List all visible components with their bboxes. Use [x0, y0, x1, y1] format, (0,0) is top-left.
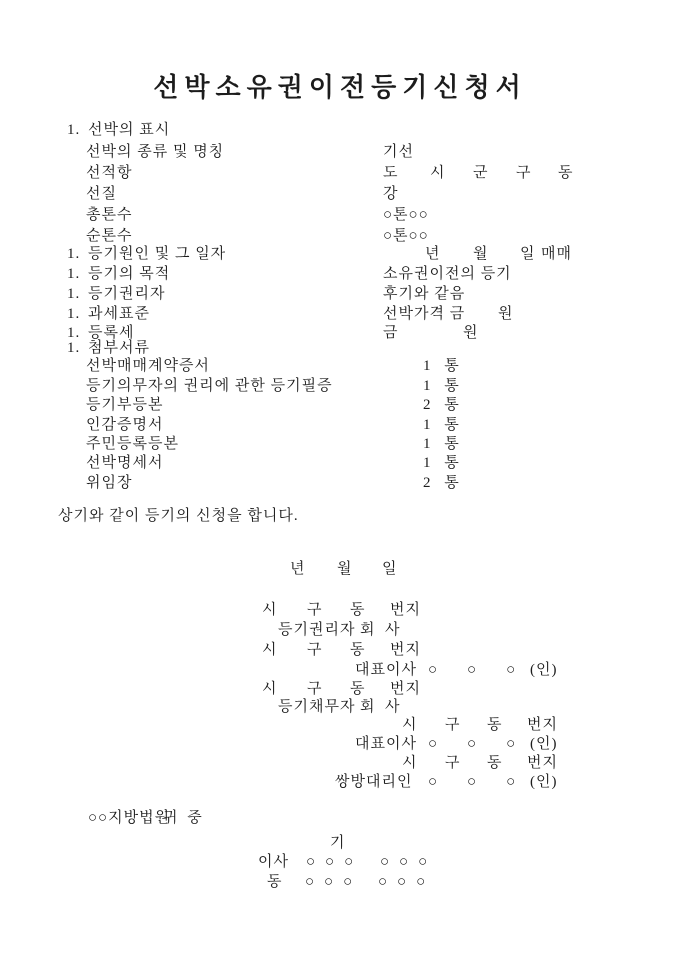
cause-month: 월 [473, 246, 489, 263]
address-bunji: 번지 [527, 717, 558, 734]
document-title: 선박소유권이전등기신청서 [153, 74, 526, 103]
representative-label: 대표이사 [355, 662, 417, 679]
representative-label: 대표이사 [355, 736, 417, 753]
address-si: 시 [402, 755, 418, 772]
attachment-count: 1 통 [423, 436, 460, 453]
item-number: 1. [67, 246, 80, 263]
date-day: 일 [382, 561, 398, 578]
company-sa: 사 [385, 699, 401, 716]
address-gu: 구 [445, 755, 461, 772]
item-number: 1. [67, 266, 80, 283]
name-placeholder: ○○○ [306, 854, 363, 871]
port-dong: 동 [558, 165, 574, 182]
address-dong: 동 [350, 681, 366, 698]
item-number: 1. [67, 286, 80, 303]
seal-mark: (인) [530, 774, 557, 791]
hull-value: 강 [383, 186, 399, 203]
seal-mark: (인) [530, 662, 557, 679]
name-placeholder-circles: ○○○ [428, 662, 545, 679]
ship-type-label: 선박의 종류 및 명칭 [86, 144, 224, 161]
hull-label: 선질 [86, 186, 117, 203]
attachment-label: 선박명세서 [86, 455, 163, 472]
debtor-label: 등기채무자 [278, 699, 355, 716]
address-bunji: 번지 [527, 755, 558, 772]
attachment-label: 주민등록등본 [86, 436, 179, 453]
footer-ditto-label: 동 [267, 874, 283, 891]
address-dong: 동 [350, 602, 366, 619]
attachment-count: 2 통 [423, 397, 460, 414]
port-label: 선적항 [86, 165, 132, 182]
gross-tonnage-value: ○톤○○ [383, 207, 429, 224]
attachment-label: 인감증명서 [86, 417, 163, 434]
ship-type-value: 기선 [383, 144, 414, 161]
closing-statement: 상기와 같이 등기의 신청을 합니다. [58, 508, 299, 525]
address-gu: 구 [307, 681, 323, 698]
name-placeholder-circles: ○○○ [428, 736, 545, 753]
tax-base-won: 원 [498, 306, 514, 323]
mutual-agent-label: 쌍방대리인 [335, 774, 412, 791]
item-number: 1. [67, 306, 80, 323]
ship-section-heading: 선박의 표시 [88, 122, 170, 139]
address-bunji: 번지 [390, 642, 421, 659]
cause-day: 일 [520, 246, 536, 263]
address-dong: 동 [487, 755, 503, 772]
holder-value: 후기와 같음 [383, 286, 465, 303]
address-gu: 구 [445, 717, 461, 734]
purpose-label: 등기의 목적 [88, 266, 170, 283]
date-month: 월 [337, 561, 353, 578]
attachment-count: 1 통 [423, 417, 460, 434]
registration-tax-value: 금 [383, 325, 399, 342]
document-page: 선박소유권이전등기신청서 1. 선박의 표시 선박의 종류 및 명칭 기선 선적… [0, 0, 680, 962]
tax-base-value: 선박가격 금 [383, 306, 465, 323]
port-si: 시 [430, 165, 446, 182]
company-hoe: 회 [360, 699, 376, 716]
address-si: 시 [262, 602, 278, 619]
item-number: 1. [67, 340, 80, 357]
attachment-count: 1 통 [423, 358, 460, 375]
registration-tax-won: 원 [463, 325, 479, 342]
port-gun: 군 [473, 165, 489, 182]
seal-mark: (인) [530, 736, 557, 753]
address-bunji: 번지 [390, 681, 421, 698]
attachment-count: 2 통 [423, 475, 460, 492]
cause-year: 년 [425, 246, 441, 263]
address-dong: 동 [487, 717, 503, 734]
name-placeholder: ○○○ [378, 874, 435, 891]
address-gu: 구 [307, 602, 323, 619]
address-si: 시 [262, 681, 278, 698]
address-dong: 동 [350, 642, 366, 659]
net-tonnage-value: ○톤○○ [383, 228, 429, 245]
name-placeholder: ○○○ [305, 874, 362, 891]
court-name: ○○지방법원 [88, 810, 170, 827]
address-gu: 구 [307, 642, 323, 659]
purpose-value: 소유권이전의 등기 [383, 266, 512, 283]
attachments-heading: 첨부서류 [88, 340, 150, 357]
address-bunji: 번지 [390, 602, 421, 619]
tax-base-label: 과세표준 [88, 306, 150, 323]
cause-label: 등기원인 및 그 일자 [88, 246, 226, 263]
cause-sale: 매매 [541, 246, 572, 263]
court-honorific: 귀 중 [163, 810, 203, 827]
gross-tonnage-label: 총톤수 [86, 207, 132, 224]
attachment-label: 위임장 [86, 475, 132, 492]
footer-director-label: 이사 [258, 854, 289, 871]
holder-label: 등기권리자 [88, 286, 165, 303]
attachment-label: 등기부등본 [86, 397, 163, 414]
port-do: 도 [383, 165, 399, 182]
port-gu: 구 [516, 165, 532, 182]
name-placeholder-circles: ○○○ [428, 774, 545, 791]
company-hoe: 회 [360, 622, 376, 639]
attachment-label: 등기의무자의 권리에 관한 등기필증 [86, 378, 333, 395]
attachment-count: 1 통 [423, 378, 460, 395]
company-sa: 사 [385, 622, 401, 639]
right-holder-label: 등기권리자 [278, 622, 355, 639]
attachment-label: 선박매매계약증서 [86, 358, 210, 375]
address-si: 시 [262, 642, 278, 659]
item-number: 1. [67, 122, 80, 139]
net-tonnage-label: 순톤수 [86, 228, 132, 245]
date-year: 년 [290, 561, 306, 578]
attachment-count: 1 통 [423, 455, 460, 472]
name-placeholder: ○○○ [380, 854, 437, 871]
footer-gi-heading: 기 [330, 835, 346, 852]
address-si: 시 [402, 717, 418, 734]
